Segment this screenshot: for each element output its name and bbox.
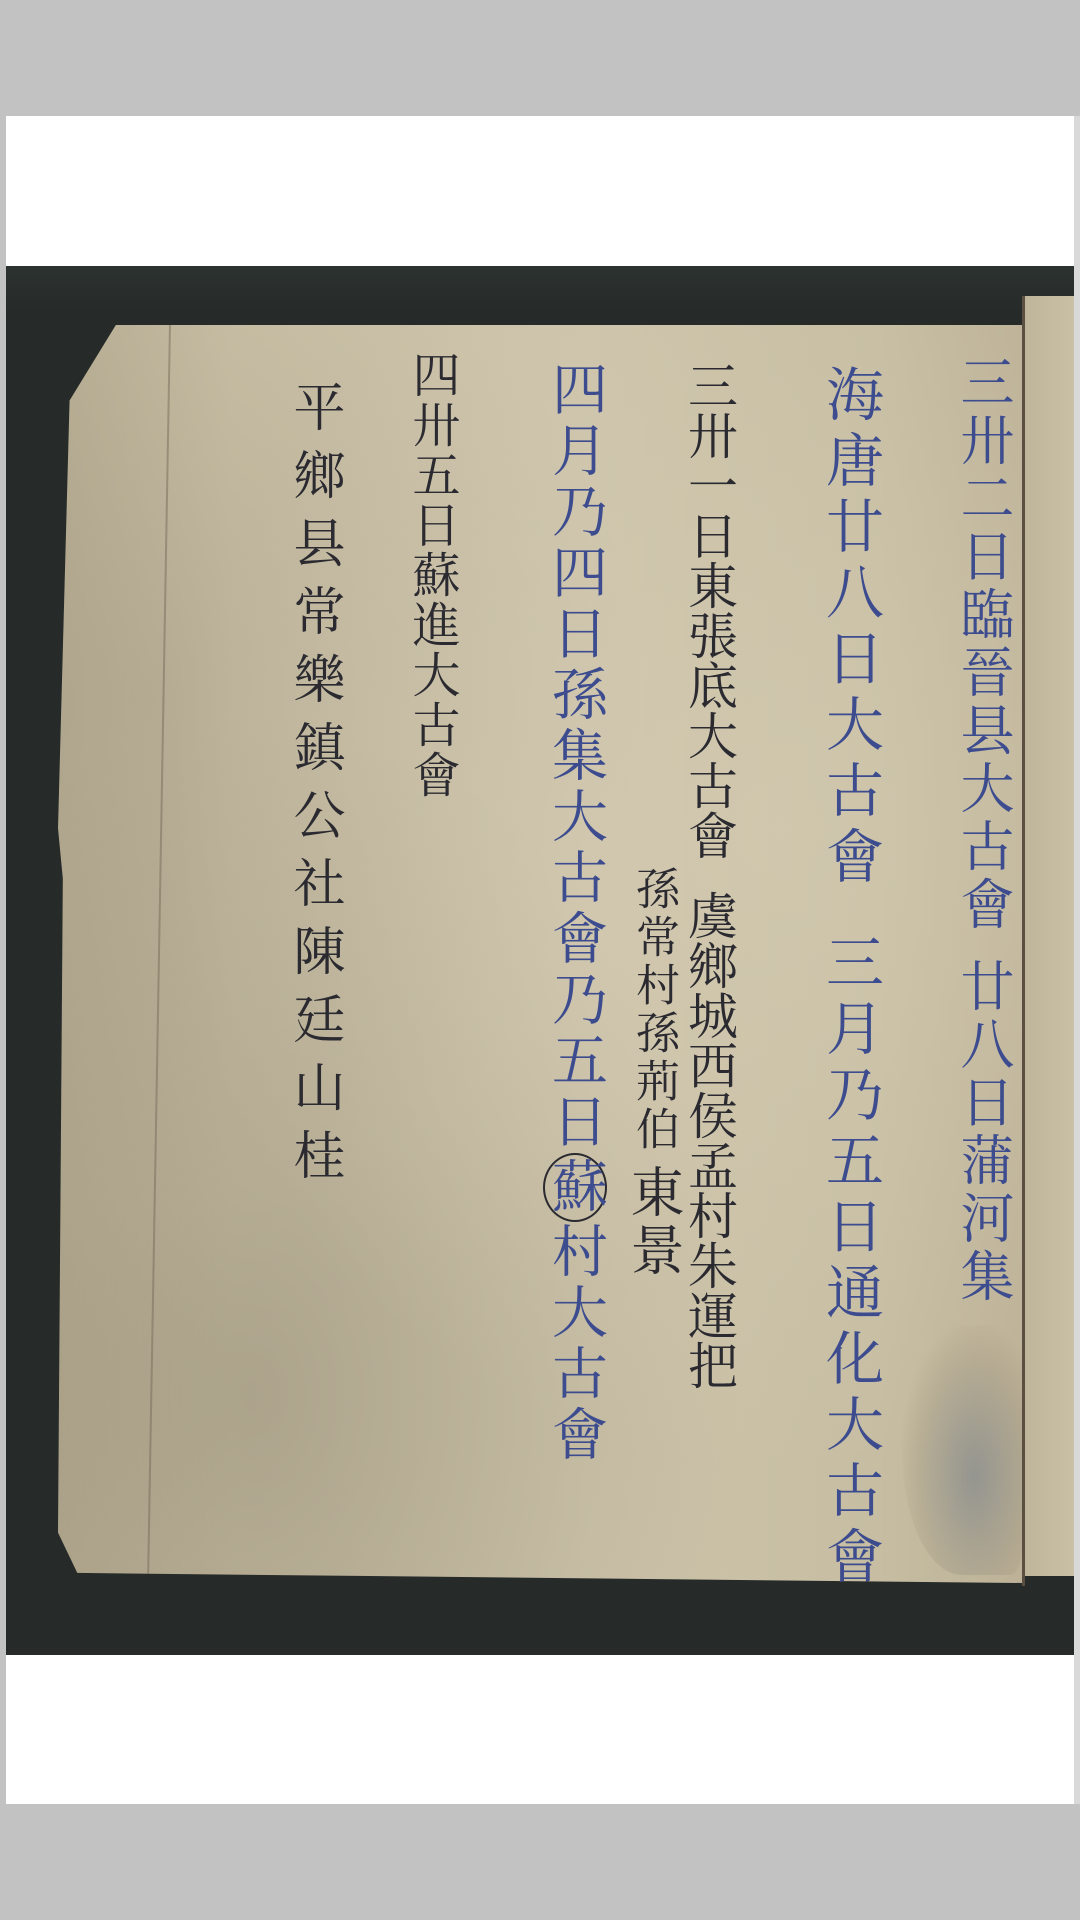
binding-fold — [1022, 296, 1025, 1586]
text-column-6: 四卅五日蘇進大古會 — [408, 350, 456, 800]
circled-character: 蘇 — [543, 1153, 607, 1222]
column-1-line-b: 廿八日蒲河集 — [952, 958, 1015, 1306]
column-5-line-b: 乃五日 — [543, 970, 608, 1153]
column-3-line-b: 虞鄉城西侯孟村朱運把 — [680, 890, 738, 1390]
column-5-line-a: 四月乃四日孫集大古會 — [543, 360, 608, 970]
text-column-2: 海唐廿八日大古會三月乃五日通化大古會 — [821, 364, 879, 1592]
column-4-line-b: 東景 — [622, 1164, 685, 1280]
page-crease — [147, 325, 171, 1583]
scanned-image: 三卅二日臨晉县大古會廿八日蒲河集 海唐廿八日大古會三月乃五日通化大古會 三卅一日… — [6, 266, 1074, 1655]
column-7-text: 平鄉县常樂鎮公社陳廷山桂 — [284, 380, 344, 1196]
text-column-4: 孫常村孫荊伯東景 — [626, 866, 680, 1280]
text-column-1: 三卅二日臨晉县大古會廿八日蒲河集 — [956, 354, 1010, 1306]
column-6-text: 四卅五日蘇進大古會 — [404, 350, 460, 800]
column-2-line-b: 三月乃五日通化大古會 — [816, 932, 884, 1592]
column-5-line-c: 村大古會 — [543, 1222, 608, 1466]
column-4-line-a: 孫常村孫荊伯 — [628, 866, 679, 1154]
viewer-edge — [1074, 116, 1080, 1804]
text-column-5: 四月乃四日孫集大古會乃五日蘇村大古會 — [543, 360, 607, 1466]
next-page-edge — [1025, 296, 1074, 1576]
column-3-line-a: 三卅一日東張底大古會 — [680, 360, 738, 860]
column-2-line-a: 海唐廿八日大古會 — [816, 364, 884, 892]
water-stain — [902, 1325, 1022, 1575]
column-1-line-a: 三卅二日臨晉县大古會 — [952, 354, 1015, 934]
text-column-7: 平鄉县常樂鎮公社陳廷山桂 — [288, 380, 340, 1196]
text-column-3: 三卅一日東張底大古會虞鄉城西侯孟村朱運把 — [684, 360, 734, 1390]
